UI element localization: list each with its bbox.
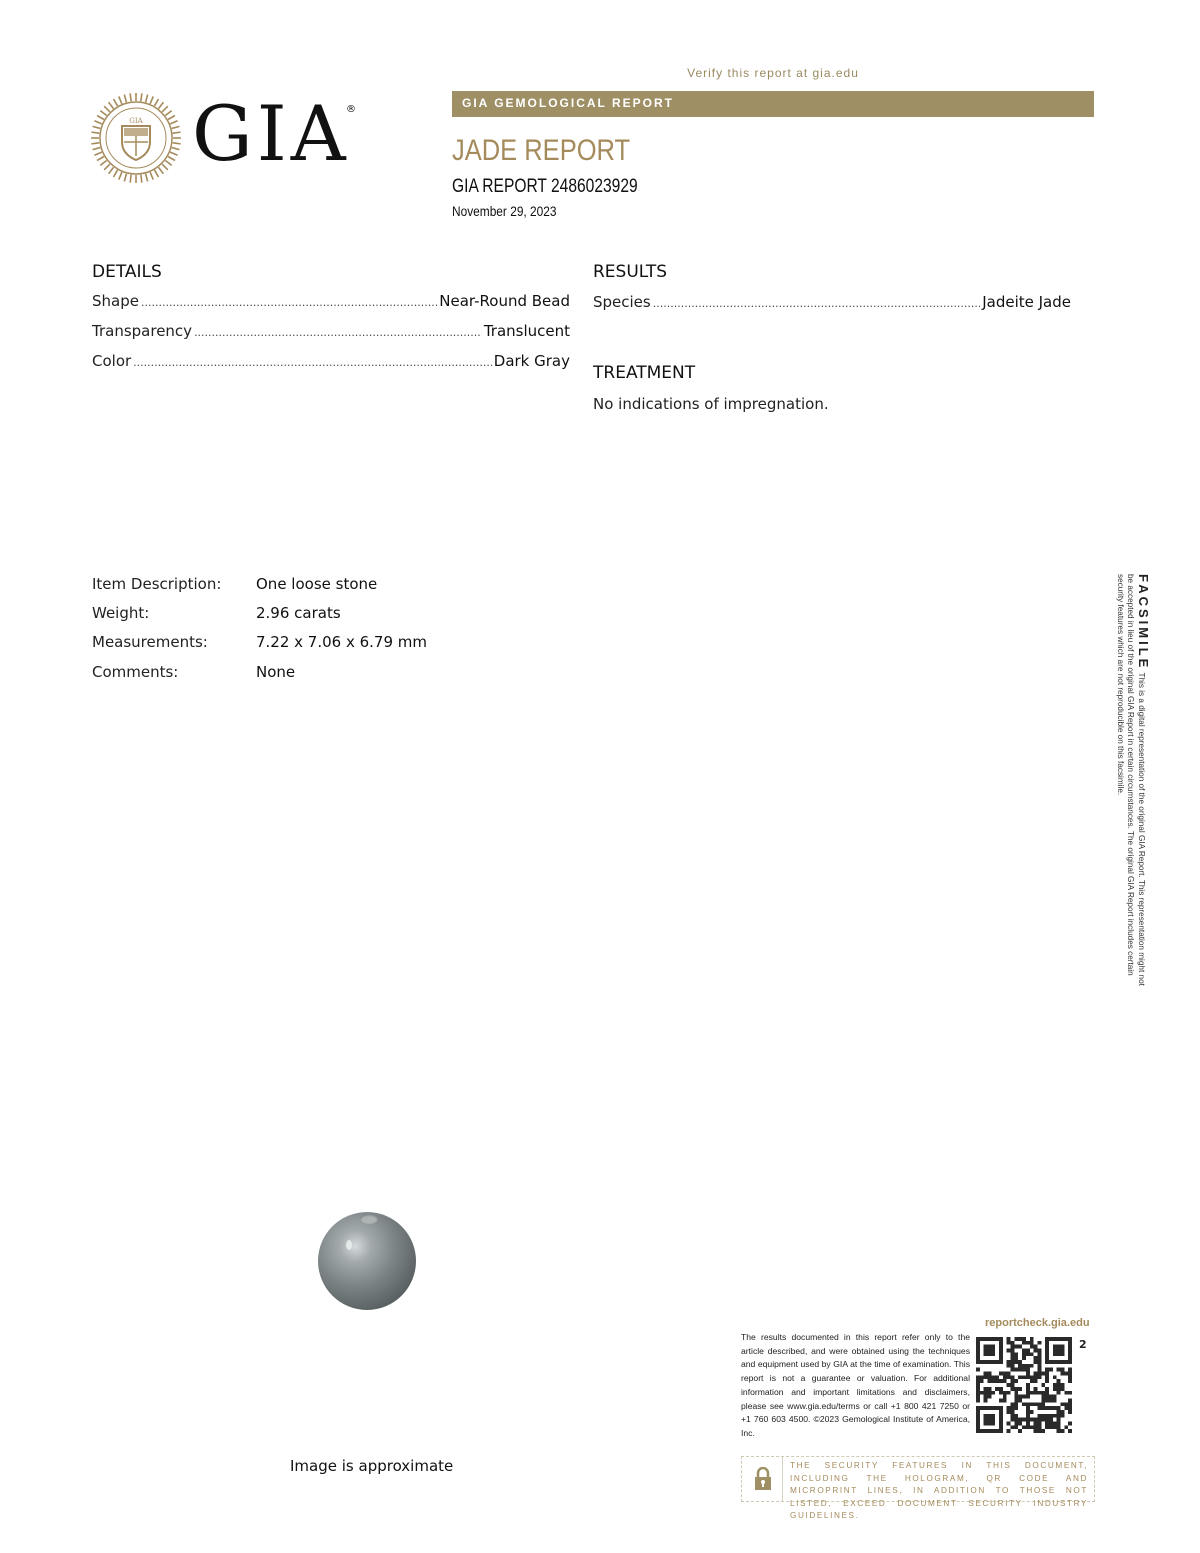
comments-value: None	[256, 663, 295, 681]
security-text: THE SECURITY FEATURES IN THIS DOCUMENT, …	[790, 1460, 1088, 1523]
report-number: GIA REPORT 2486023929	[452, 176, 638, 198]
lock-cell	[742, 1457, 783, 1501]
gia-wordmark: GIA	[192, 92, 350, 176]
treatment-text: No indications of impregnation.	[593, 395, 829, 413]
details-row-color: Color Dark Gray	[92, 352, 570, 370]
details-heading: DETAILS	[92, 262, 162, 282]
security-features-box: THE SECURITY FEATURES IN THIS DOCUMENT, …	[741, 1456, 1095, 1502]
row-value: Jadeite Jade	[982, 293, 1071, 311]
dot-leader	[653, 293, 980, 311]
item-description-label: Item Description:	[92, 575, 221, 593]
lock-icon	[754, 1467, 772, 1491]
dot-leader	[194, 322, 482, 340]
report-date: November 29, 2023	[452, 203, 557, 219]
dot-leader	[133, 352, 492, 370]
measurements-value: 7.22 x 7.06 x 6.79 mm	[256, 633, 427, 651]
registered-mark: ®	[346, 104, 356, 115]
report-type-title: JADE REPORT	[452, 134, 630, 168]
dot-leader	[141, 292, 437, 310]
results-heading: RESULTS	[593, 262, 667, 282]
gia-seal-logo: GIA	[90, 92, 182, 184]
highlight	[346, 1240, 352, 1250]
comments-label: Comments:	[92, 663, 178, 681]
weight-value: 2.96 carats	[256, 604, 341, 622]
facsimile-title: FACSIMILE	[1136, 574, 1151, 670]
row-label: Shape	[92, 292, 139, 310]
row-label: Species	[593, 293, 651, 311]
jade-bead-image	[318, 1212, 416, 1310]
seal-icon: GIA	[90, 92, 182, 184]
details-row-shape: Shape Near-Round Bead	[92, 292, 570, 310]
qr-code-icon	[976, 1337, 1072, 1433]
row-label: Color	[92, 352, 131, 370]
item-description-value: One loose stone	[256, 575, 377, 593]
disclaimer-text: The results documented in this report re…	[741, 1331, 970, 1441]
measurements-label: Measurements:	[92, 633, 208, 651]
verify-link[interactable]: Verify this report at gia.edu	[452, 66, 1094, 80]
row-value: Translucent	[484, 322, 570, 340]
row-label: Transparency	[92, 322, 192, 340]
weight-label: Weight:	[92, 604, 149, 622]
row-value: Dark Gray	[494, 352, 570, 370]
page-number: 2	[1079, 1338, 1087, 1351]
drill-hole	[360, 1214, 378, 1224]
image-caption: Image is approximate	[290, 1457, 453, 1475]
qr-code[interactable]	[976, 1337, 1072, 1433]
row-value: Near-Round Bead	[439, 292, 570, 310]
results-row-species: Species Jadeite Jade	[593, 293, 1071, 311]
facsimile-notice: FACSIMILE This is a digital representati…	[1104, 574, 1148, 986]
report-banner: GIA GEMOLOGICAL REPORT	[452, 91, 1094, 117]
banner-title: GIA GEMOLOGICAL REPORT	[462, 96, 674, 110]
reportcheck-link[interactable]: reportcheck.gia.edu	[985, 1317, 1090, 1329]
details-row-transparency: Transparency Translucent	[92, 322, 570, 340]
svg-text:GIA: GIA	[129, 117, 143, 125]
treatment-heading: TREATMENT	[593, 363, 695, 383]
